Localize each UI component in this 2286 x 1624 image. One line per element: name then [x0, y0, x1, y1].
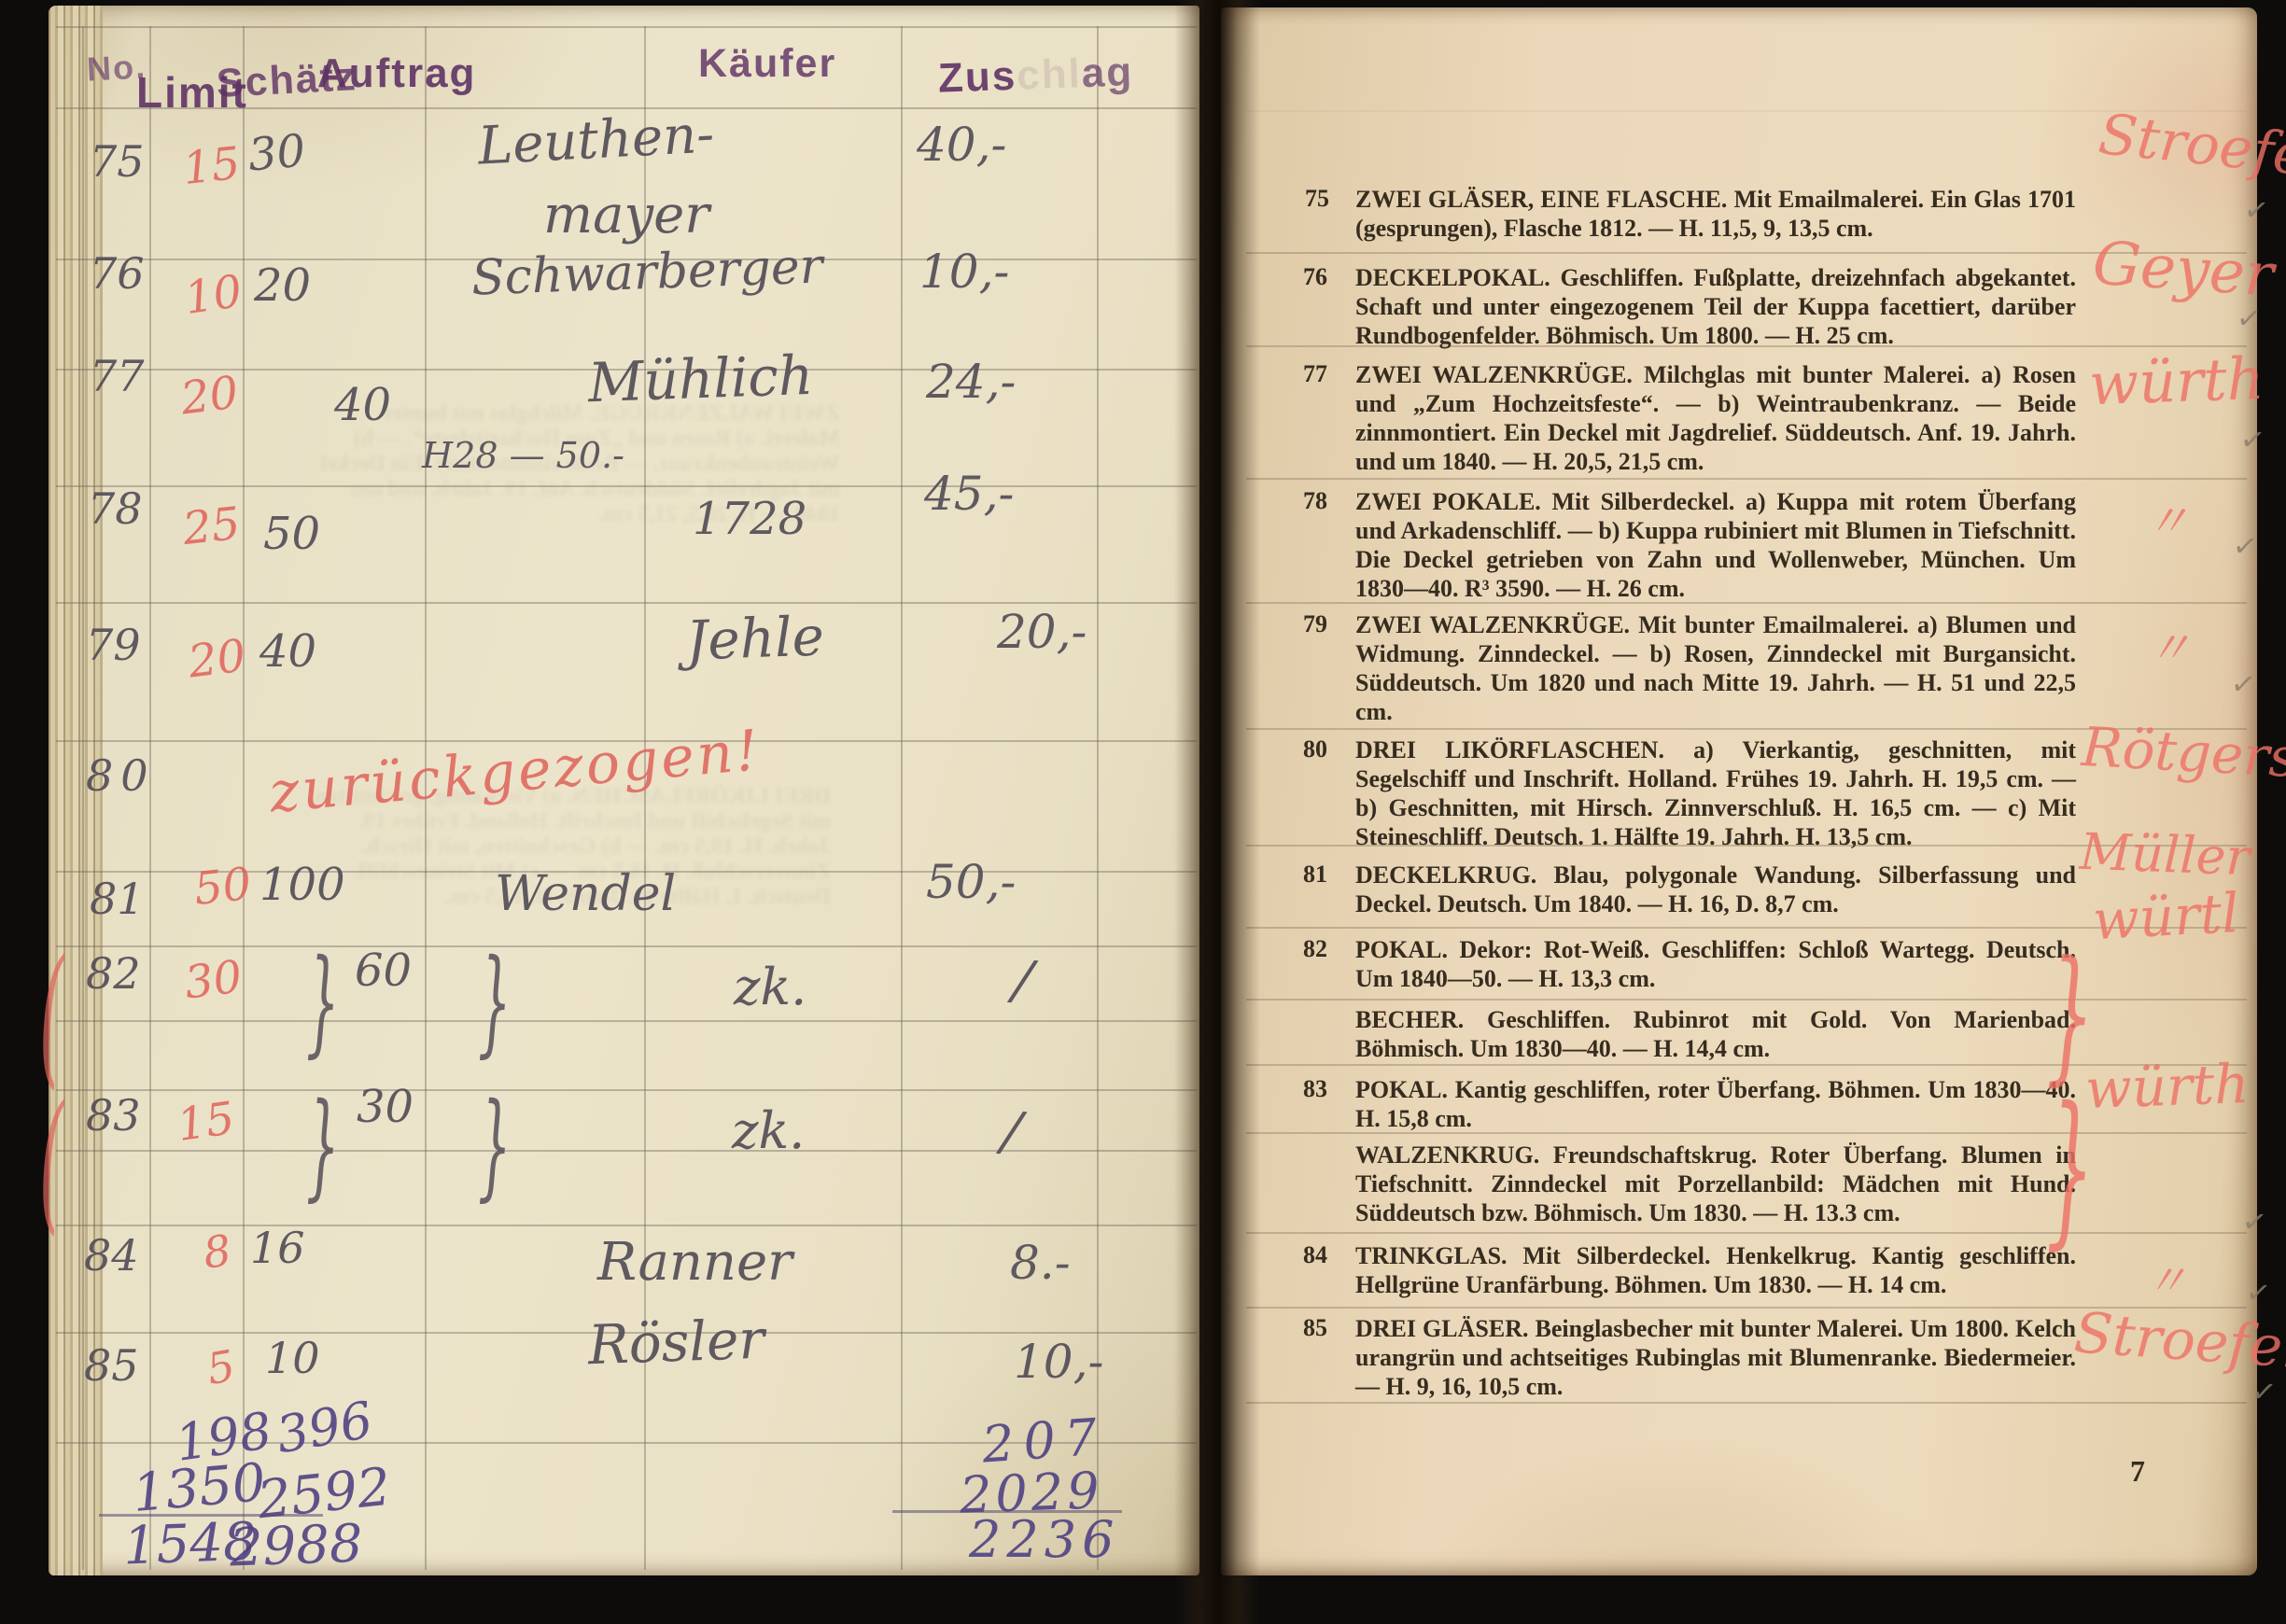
- row-schaetz: 30: [357, 1081, 414, 1133]
- row-schaetz: 20: [254, 259, 311, 312]
- zuschlag-part: ag: [1081, 49, 1134, 96]
- row-limit: 25: [180, 497, 243, 555]
- checkmark: ✓: [2239, 1202, 2269, 1240]
- row-kaeufer: zk.: [732, 1101, 805, 1160]
- lot-number: 78: [1303, 487, 1327, 515]
- row-no: 79: [86, 620, 141, 670]
- lot-description: DECKELKRUG. Blau, polygonale Wandung. Si…: [1355, 861, 2076, 918]
- row-zuschlag: 10,-: [1014, 1335, 1103, 1389]
- margin-ditto-mark: 〃: [2145, 485, 2190, 550]
- margin-ditto-mark: 〃: [2147, 612, 2192, 677]
- total-schaetz: 2988: [229, 1514, 364, 1579]
- grid-hline: [56, 26, 1197, 28]
- lot-description-sub: BECHER. Geschliffen. Rubinrot mit Gold. …: [1355, 1005, 2076, 1063]
- row-zuschlag: 45,-: [924, 467, 1014, 521]
- row-limit: 15: [174, 1092, 237, 1152]
- row-kaeufer: zk.: [734, 958, 806, 1016]
- checkmark: ✓: [2243, 1273, 2273, 1311]
- row-annotation: H28 — 50.-: [422, 435, 624, 476]
- row-limit: 20: [186, 629, 248, 688]
- checkmark: ✓: [2237, 420, 2267, 458]
- row-no: 75: [90, 136, 145, 187]
- lot-number: 75: [1305, 185, 1329, 213]
- lot-description: POKAL. Dekor: Rot-Weiß. Geschliffen: Sch…: [1355, 935, 2076, 993]
- margin-buyer-name: Geyer: [2091, 229, 2276, 310]
- pencil-brace: }: [306, 1081, 340, 1214]
- lot-number: 82: [1303, 935, 1327, 963]
- row-kaeufer: Ranner: [597, 1232, 792, 1293]
- pencil-brace: }: [306, 937, 340, 1071]
- row-kaeufer-line2: mayer: [543, 185, 709, 245]
- row-limit: 10: [181, 265, 245, 325]
- grid-hline: [56, 945, 1197, 947]
- lot-number: 76: [1303, 263, 1327, 291]
- checkmark: ✓: [2228, 665, 2258, 703]
- ruled-line: [1246, 110, 2247, 112]
- lot-description: DREI GLÄSER. Beinglasbecher mit bunter M…: [1355, 1314, 2076, 1401]
- row-limit: 20: [178, 366, 241, 425]
- ruled-line: [1246, 999, 2247, 1001]
- ruled-line: [1246, 1402, 2247, 1404]
- lot-number: 84: [1303, 1241, 1327, 1269]
- row-limit: 50: [191, 858, 254, 916]
- pencil-brace: }: [478, 1081, 512, 1214]
- row-kaeufer: Wendel: [495, 866, 676, 922]
- row-no: 83: [86, 1090, 141, 1141]
- row-schaetz: 10: [265, 1333, 320, 1383]
- lot-description: ZWEI WALZENKRÜGE. Milchglas mit bunter M…: [1355, 360, 2076, 476]
- row-kaeufer: Jehle: [685, 604, 825, 672]
- ruled-line: [1246, 1232, 2247, 1234]
- margin-ditto-mark: 〃: [2145, 1247, 2188, 1309]
- book-scan: No. Limit Schätz Auftrag Käufer Zuschlag…: [0, 0, 2286, 1624]
- row-schaetz: 40: [259, 625, 316, 678]
- row-schaetz: 100: [259, 859, 345, 911]
- red-left-brace: (: [39, 1075, 63, 1252]
- row-schaetz: 60: [355, 945, 412, 997]
- lot-number: 80: [1303, 735, 1327, 763]
- lot-description: POKAL. Kantig geschliffen, roter Überfan…: [1355, 1075, 2076, 1133]
- zuschlag-faded-part: chl: [1016, 50, 1082, 98]
- row-zuschlag: 8.-: [1010, 1236, 1071, 1290]
- row-no: 77: [90, 351, 145, 401]
- zuschlag-part: Zus: [937, 53, 1017, 102]
- column-header-zuschlag: Zuschlag: [937, 49, 1134, 102]
- checkmark: ✓: [2230, 526, 2260, 565]
- lot-description: DECKELPOKAL. Geschliffen. Fußplatte, dre…: [1355, 263, 2076, 350]
- lot-description-sub: WALZENKRUG. Freundschaftskrug. Roter Übe…: [1355, 1141, 2076, 1227]
- margin-buyer-name: würth: [2084, 1052, 2251, 1121]
- row-kaeufer: 1728: [693, 493, 806, 545]
- row-no: 84: [84, 1230, 139, 1281]
- margin-buyer-name: würth: [2088, 344, 2265, 418]
- lot-number: 83: [1303, 1075, 1327, 1103]
- total-zuschlag: 2236: [969, 1510, 1119, 1569]
- grid-hline: [56, 1020, 1197, 1022]
- row-no: 76: [90, 248, 145, 299]
- ruled-line: [1246, 478, 2247, 480]
- row-zuschlag: 24,-: [926, 355, 1016, 409]
- row-limit: 30: [182, 950, 245, 1009]
- row-schaetz: 30: [246, 124, 308, 181]
- row-kaeufer: Mühlich: [587, 343, 814, 414]
- lot-description: DREI LIKÖRFLASCHEN. a) Vierkantig, gesch…: [1355, 735, 2076, 851]
- lot-description: TRINKGLAS. Mit Silberdeckel. Henkelkrug.…: [1355, 1241, 2076, 1299]
- lot-number: 77: [1303, 360, 1327, 388]
- row-limit: 15: [180, 137, 243, 195]
- row-schaetz: 16: [250, 1223, 305, 1273]
- margin-buyer-name: Rötgers: [2080, 715, 2286, 790]
- grid-hline: [56, 1150, 1197, 1152]
- row-no: 78: [88, 483, 143, 534]
- lot-description: ZWEI POKALE. Mit Silberdeckel. a) Kuppa …: [1355, 487, 2076, 603]
- lot-number: 81: [1303, 861, 1327, 889]
- row-zuschlag: 10,-: [919, 245, 1009, 299]
- row-schaetz: 40: [334, 379, 391, 431]
- page-number: 7: [2130, 1454, 2145, 1489]
- grid-hline: [56, 1089, 1197, 1091]
- row-zuschlag: 20,-: [997, 605, 1087, 659]
- row-schaetz: 50: [263, 508, 320, 560]
- row-zuschlag: 50,-: [926, 855, 1016, 909]
- margin-buyer-name: Müller: [2079, 822, 2251, 887]
- lot-description: ZWEI WALZENKRÜGE. Mit bunter Emailmalere…: [1355, 610, 2076, 726]
- grid-hline: [56, 602, 1197, 604]
- column-header-kaeufer: Käufer: [698, 41, 836, 87]
- lot-number: 79: [1303, 610, 1327, 638]
- row-no: 81: [90, 874, 145, 924]
- row-kaeufer: Leuthen-: [476, 104, 715, 176]
- row-zuschlag: 40,-: [917, 118, 1006, 172]
- row-no: 82: [86, 948, 141, 999]
- column-header-auftrag: Auftrag: [317, 50, 476, 97]
- row-no: 80: [86, 750, 156, 801]
- checkmark: ✓: [2249, 1372, 2279, 1410]
- checkmark: ✓: [2234, 299, 2264, 337]
- row-kaeufer: Rösler: [587, 1308, 765, 1378]
- book-gutter: [1174, 0, 1260, 1624]
- lot-description: ZWEI GLÄSER, EINE FLASCHE. Mit Emailmale…: [1355, 185, 2076, 243]
- margin-buyer-name: würtl: [2091, 881, 2240, 952]
- row-no: 85: [84, 1340, 139, 1391]
- lot-number: 85: [1303, 1314, 1327, 1342]
- checkmark: ✓: [2241, 190, 2271, 229]
- pencil-brace: }: [478, 937, 512, 1071]
